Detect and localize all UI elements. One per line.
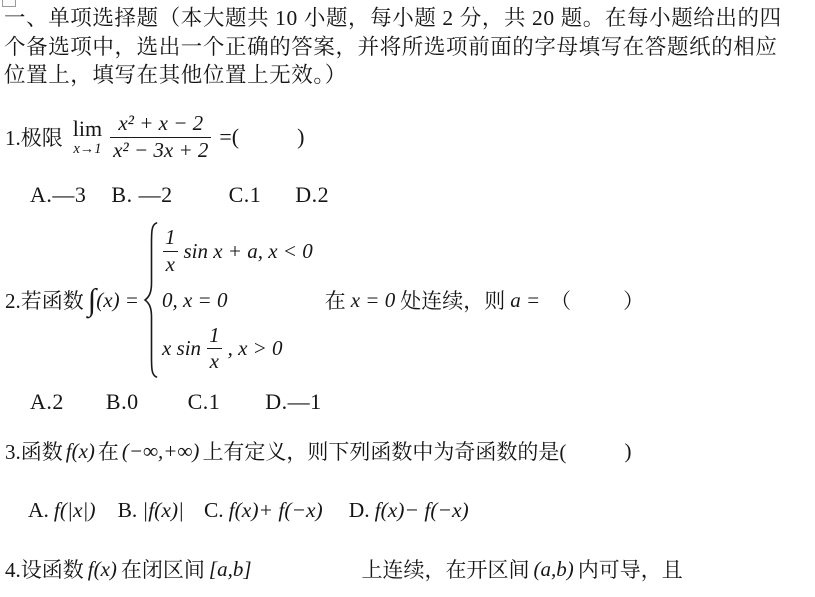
piecewise-cases: 1 x sin x + a, x < 0 0, x = 0 x sin 1 x … <box>162 226 313 373</box>
q2-option-a: A.2 <box>30 389 64 415</box>
q4-differentiable-text: 内可导，且 <box>578 554 683 584</box>
q4-open-interval: (a,b) <box>534 557 574 582</box>
q2-condition-math: x = 0 <box>351 288 396 313</box>
q4-closed-interval: [a,b] <box>209 557 252 582</box>
option-key: D. <box>349 498 370 523</box>
section-header-line-3: 位置上，填写在其他位置上无效。） <box>4 61 814 89</box>
q2-option-b: B.0 <box>106 389 139 415</box>
option-value: f(x)− f(−x) <box>375 498 469 523</box>
q3-question-text: 上有定义，则下列函数中为奇函数的是( <box>202 436 566 466</box>
question-2: 2.若函数 ∫ (x) = 1 x sin x + a, x < 0 0, x … <box>5 218 644 382</box>
q3-interval: (−∞,+∞) <box>122 439 200 464</box>
q2-case-1: 1 x sin x + a, x < 0 <box>162 226 313 276</box>
option-key: A. <box>28 498 49 523</box>
question-2-options: A.2 B.0 C.1 D.—1 <box>30 389 322 415</box>
q1-option-c: C.1 <box>229 182 262 208</box>
q2-case-3: x sin 1 x , x > 0 <box>162 324 313 374</box>
q2-close-paren: ） <box>623 285 644 315</box>
q2-label: 2.若函数 <box>5 285 84 315</box>
fraction-denominator: x <box>163 251 178 277</box>
section-header-line-1: 一、单项选择题（本大题共 10 小题，每小题 2 分，共 20 题。在每小题给出… <box>4 4 814 32</box>
q1-fraction: x² + x − 2 x² − 3x + 2 <box>110 112 211 162</box>
q4-label: 4.设函数 <box>5 554 84 584</box>
q3-function-notation: f(x) <box>66 439 95 464</box>
q2-case-2: 0, x = 0 <box>162 288 313 313</box>
lim-subscript: x→1 <box>73 142 101 157</box>
exam-page: 一、单项选择题（本大题共 10 小题，每小题 2 分，共 20 题。在每小题给出… <box>0 0 815 597</box>
q3-option-b: B. |f(x)| <box>118 498 184 523</box>
case-3-condition: , x > 0 <box>228 336 283 361</box>
integral-style-f-symbol: ∫ <box>88 282 97 318</box>
q4-function-notation: f(x) <box>88 557 117 582</box>
case-3-prefix: x sin <box>162 336 201 361</box>
option-value: f(x)+ f(−x) <box>229 498 323 523</box>
q3-label: 3.函数 <box>5 436 63 466</box>
q1-close-paren: ) <box>297 124 304 150</box>
option-key: B. <box>118 498 138 523</box>
left-brace-glyph <box>143 221 159 379</box>
option-value: f(|x|) <box>54 498 96 523</box>
q1-equals-open-paren: =( <box>219 124 239 150</box>
question-1-options: A.—3 B. —2 C.1 D.2 <box>30 182 329 208</box>
fraction-denominator: x <box>207 348 222 374</box>
limit-operator: lim x→1 <box>73 118 102 157</box>
q2-function-args: (x) = <box>96 288 139 313</box>
fraction-denominator: x² − 3x + 2 <box>110 137 211 163</box>
q2-a-equals: a = <box>510 288 540 313</box>
q2-option-d: D.—1 <box>265 389 321 415</box>
question-4: 4.设函数 f(x) 在闭区间 [a,b] 上连续，在开区间 (a,b) 内可导… <box>5 549 683 589</box>
section-header-line-2: 个备选项中，选出一个正确的答案，并将所选项前面的字母填写在答题纸的相应 <box>4 33 814 61</box>
q2-open-paren: （ <box>550 285 571 315</box>
q1-option-a: A.—3 <box>30 182 86 208</box>
q2-condition-text: 在 <box>325 285 346 315</box>
q1-option-d: D.2 <box>295 182 329 208</box>
case-1-expression: sin x + a, x < 0 <box>183 239 312 264</box>
q2-continuity-text: 处连续，则 <box>400 285 505 315</box>
q3-option-d: D. f(x)− f(−x) <box>349 498 469 523</box>
q3-option-a: A. f(|x|) <box>28 498 96 523</box>
q3-close-paren: ) <box>624 439 631 464</box>
option-value: |f(x)| <box>142 498 184 523</box>
q2-option-c: C.1 <box>188 389 221 415</box>
case-1-fraction: 1 x <box>162 226 179 276</box>
q3-option-c: C. f(x)+ f(−x) <box>204 498 323 523</box>
q1-option-b: B. —2 <box>111 182 172 208</box>
q4-closed-interval-text: 在闭区间 <box>121 554 205 584</box>
q3-text-at: 在 <box>98 436 119 466</box>
fraction-numerator: x² + x − 2 <box>115 112 206 137</box>
q4-continuous-text: 上连续，在开区间 <box>362 554 530 584</box>
fraction-numerator: 1 <box>162 226 179 251</box>
lim-word: lim <box>73 118 102 140</box>
case-3-fraction: 1 x <box>206 324 223 374</box>
q1-label: 1.极限 <box>5 122 63 152</box>
question-3-options: A. f(|x|) B. |f(x)| C. f(x)+ f(−x) D. f(… <box>28 489 469 531</box>
question-1: 1.极限 lim x→1 x² + x − 2 x² − 3x + 2 =( ) <box>5 100 304 174</box>
question-3: 3.函数 f(x) 在 (−∞,+∞) 上有定义，则下列函数中为奇函数的是( ) <box>5 433 631 469</box>
option-key: C. <box>204 498 224 523</box>
fraction-numerator: 1 <box>206 324 223 349</box>
